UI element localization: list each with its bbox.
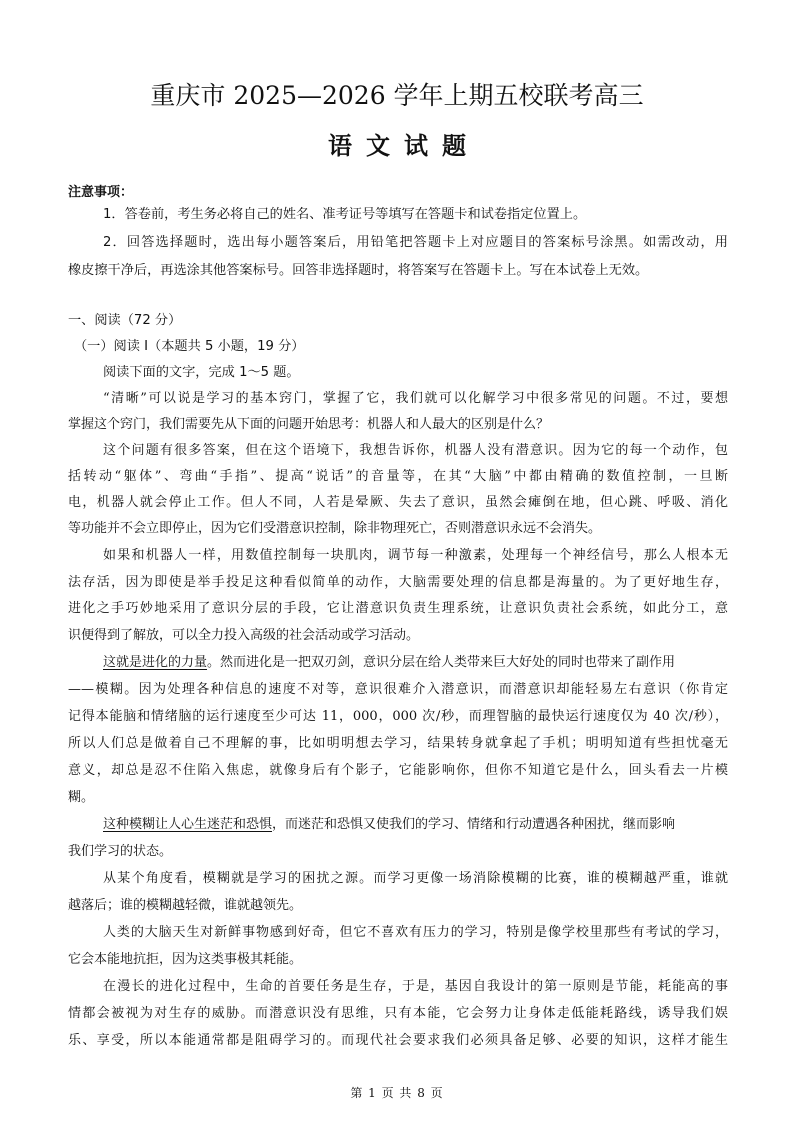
passage-line: 从某个角度看，模糊就是学习的困扰之源。而学习更像一场消除模糊的比赛，谁的模糊越严…: [103, 870, 728, 888]
underlined-phrase-2: 这种模糊让人心生迷茫和恐惧: [103, 817, 272, 832]
passage-line: 括转动“躯体”、弯曲“手指”、提高“说话”的音量等，在其“大脑”中都由精确的数值…: [68, 468, 728, 486]
passage-line: 意义，却总是忍不住陷入焦虑，就像身后有个影子，它能影响你，但你不知道它是什么，回…: [68, 762, 728, 780]
passage-line: 这个问题有很多答案，但在这个语境下，我想告诉你，机器人没有潜意识。因为它的每一个…: [103, 442, 728, 460]
section-heading: 一、阅读（72 分）: [68, 312, 728, 330]
underlined-phrase-1: 这就是进化的力量: [103, 655, 207, 670]
notice-item-2: 2．回答选择题时，选出每小题答案后，用铅笔把答题卡上对应题目的答案标号涂黑。如需…: [103, 234, 728, 252]
section-subheading: （一）阅读 I（本题共 5 小题，19 分）: [74, 338, 734, 356]
notice-item-2-cont: 橡皮擦干净后，再选涂其他答案标号。回答非选择题时，将答案写在答题卡上。写在本试卷…: [68, 262, 728, 280]
section-instruction: 阅读下面的文字，完成 1～5 题。: [103, 364, 728, 382]
exam-subject-title: 语文试题: [0, 126, 794, 161]
passage-line: 识便得到了解放，可以全力投入高级的社会活动或学习活动。: [68, 627, 728, 645]
passage-line: 在漫长的进化过程中，生命的首要任务是生存，于是，基因自我设计的第一原则是节能，耗…: [103, 978, 728, 996]
passage-line: 我们学习的状态。: [68, 843, 728, 861]
passage-line: 进化之手巧妙地采用了意识分层的手段，它让潜意识负责生理系统，让意识负责社会系统，…: [68, 600, 728, 618]
passage-line: 法存活，因为即使是举手投足这种看似简单的动作，大脑需要处理的信息都是海量的。为了…: [68, 574, 728, 592]
passage-line: 情都会被视为对生存的威胁。而潜意识没有思维，只有本能，它会努力让身体走低能耗路线…: [68, 1005, 728, 1023]
passage-line: 糊。: [68, 789, 728, 807]
page-number: 第 1 页 共 8 页: [0, 1084, 794, 1101]
passage-line: 记得本能脑和情绪脑的运行速度至少可达 11，000，000 次/秒，而理智脑的最…: [68, 708, 728, 726]
passage-line: 电，机器人就会停止工作。但人不同，人若是晕厥、失去了意识，虽然会瘫倒在地，但心跳…: [68, 494, 728, 512]
passage-line: 如果和机器人一样，用数值控制每一块肌肉，调节每一种激素，处理每一个神经信号，那么…: [103, 547, 728, 565]
passage-line-underlined-start: 这种模糊让人心生迷茫和恐惧，而迷茫和恐惧又使我们的学习、情绪和行动遭遇各种困扰，…: [103, 816, 728, 834]
passage-line: 它会本能地抗拒，因为这类事极其耗能。: [68, 951, 728, 969]
passage-line: 人类的大脑天生对新鲜事物感到好奇，但它不喜欢有压力的学习，特别是像学校里那些有考…: [103, 924, 728, 942]
passage-line: “清晰”可以说是学习的基本窍门，掌握了它，我们就可以化解学习中很多常见的问题。不…: [103, 390, 728, 408]
notice-item-1: 1．答卷前，考生务必将自己的姓名、准考证号等填写在答题卡和试卷指定位置上。: [103, 206, 728, 224]
exam-page: 重庆市 2025—2026 学年上期五校联考高三 语文试题 注意事项： 1．答卷…: [0, 0, 794, 1122]
passage-line: 等功能并不会立即停止，因为它们受潜意识控制，除非物理死亡，否则潜意识永远不会消失…: [68, 520, 728, 538]
passage-line: 所以人们总是做着自己不理解的事，比如明明想去学习，结果转身就拿起了手机；明明知道…: [68, 735, 728, 753]
passage-line-underlined-start: 这就是进化的力量。然而进化是一把双刃剑，意识分层在给人类带来巨大好处的同时也带来…: [103, 654, 728, 672]
notice-heading: 注意事项：: [68, 181, 133, 200]
passage-line: 掌握这个窍门，我们需要先从下面的问题开始思考：机器人和人最大的区别是什么？: [68, 416, 728, 434]
passage-line: ——模糊。因为处理各种信息的速度不对等，意识很难介入潜意识，而潜意识却能轻易左右…: [68, 681, 728, 699]
passage-line: 乐、享受，所以本能通常都是阻碍学习的。而现代社会要求我们必须具备足够、必要的知识…: [68, 1032, 728, 1050]
passage-line: 越落后；谁的模糊越轻微，谁就越领先。: [68, 897, 728, 915]
exam-title: 重庆市 2025—2026 学年上期五校联考高三: [0, 76, 794, 112]
